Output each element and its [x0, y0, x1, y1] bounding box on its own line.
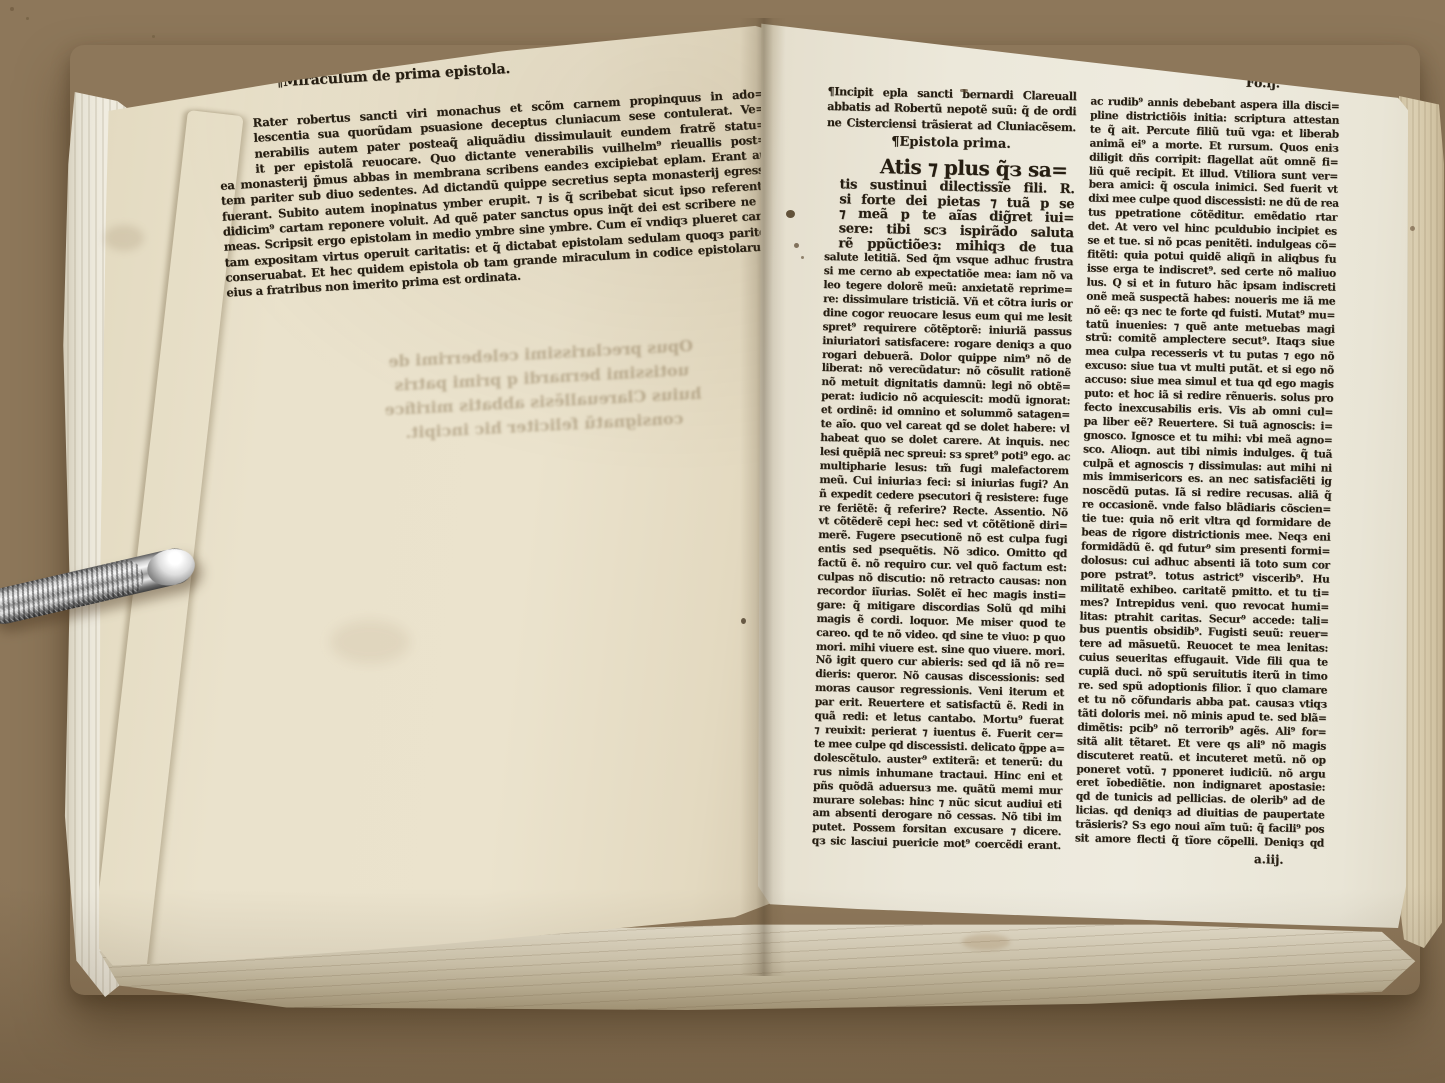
ink-spot: [741, 618, 746, 624]
ink-spot: [794, 243, 799, 248]
opening-indented-lines: tis sustinui dilectissĩe fili. R.si fort…: [838, 178, 1074, 256]
quire-signature: a.iij.: [1074, 848, 1323, 867]
photo-antique-incunable-book: Opus preclarissimi celeberrimi deuotissi…: [0, 0, 1445, 1083]
right-text-column: ac rudib⁹ annis debebant aspera illa dis…: [1074, 76, 1339, 868]
dust-speck: [26, 17, 29, 20]
showthrough-text-block: Opus preclarissimi celeberrimi deuotissi…: [373, 333, 713, 446]
two-column-text: ¶Incipit epla sancti bernardi Clareualla…: [812, 70, 1340, 867]
foxing-spot: [1410, 226, 1415, 231]
dust-speck: [152, 35, 155, 38]
right-page-text-block: Fo.ij. ¶Incipit epla sancti bernardi Cla…: [812, 70, 1340, 867]
ink-dash-mark: [960, 89, 968, 92]
right-page: Fo.ij. ¶Incipit epla sancti bernardi Cla…: [758, 16, 1422, 968]
epistola-prima-heading: ¶Epistola prima.: [826, 133, 1075, 153]
left-column-body: salute letitiã. Sed q̃m vsque adhuc frus…: [812, 251, 1073, 854]
ink-spot: [786, 210, 795, 218]
left-page: Opus preclarissimi celeberrimi deuotissi…: [88, 20, 776, 1008]
ink-spot: [801, 256, 804, 259]
incipit-heading: ¶Incipit epla sancti bernardi Clareualla…: [827, 84, 1077, 135]
right-column-body: ac rudib⁹ annis debebant aspera illa dis…: [1075, 96, 1340, 852]
left-page-text-block: ¶Miraculum de prima epistola. Rater robe…: [214, 46, 774, 301]
left-text-column: ¶Incipit epla sancti bernardi Clareualla…: [812, 70, 1077, 862]
dust-speck: [10, 7, 14, 11]
